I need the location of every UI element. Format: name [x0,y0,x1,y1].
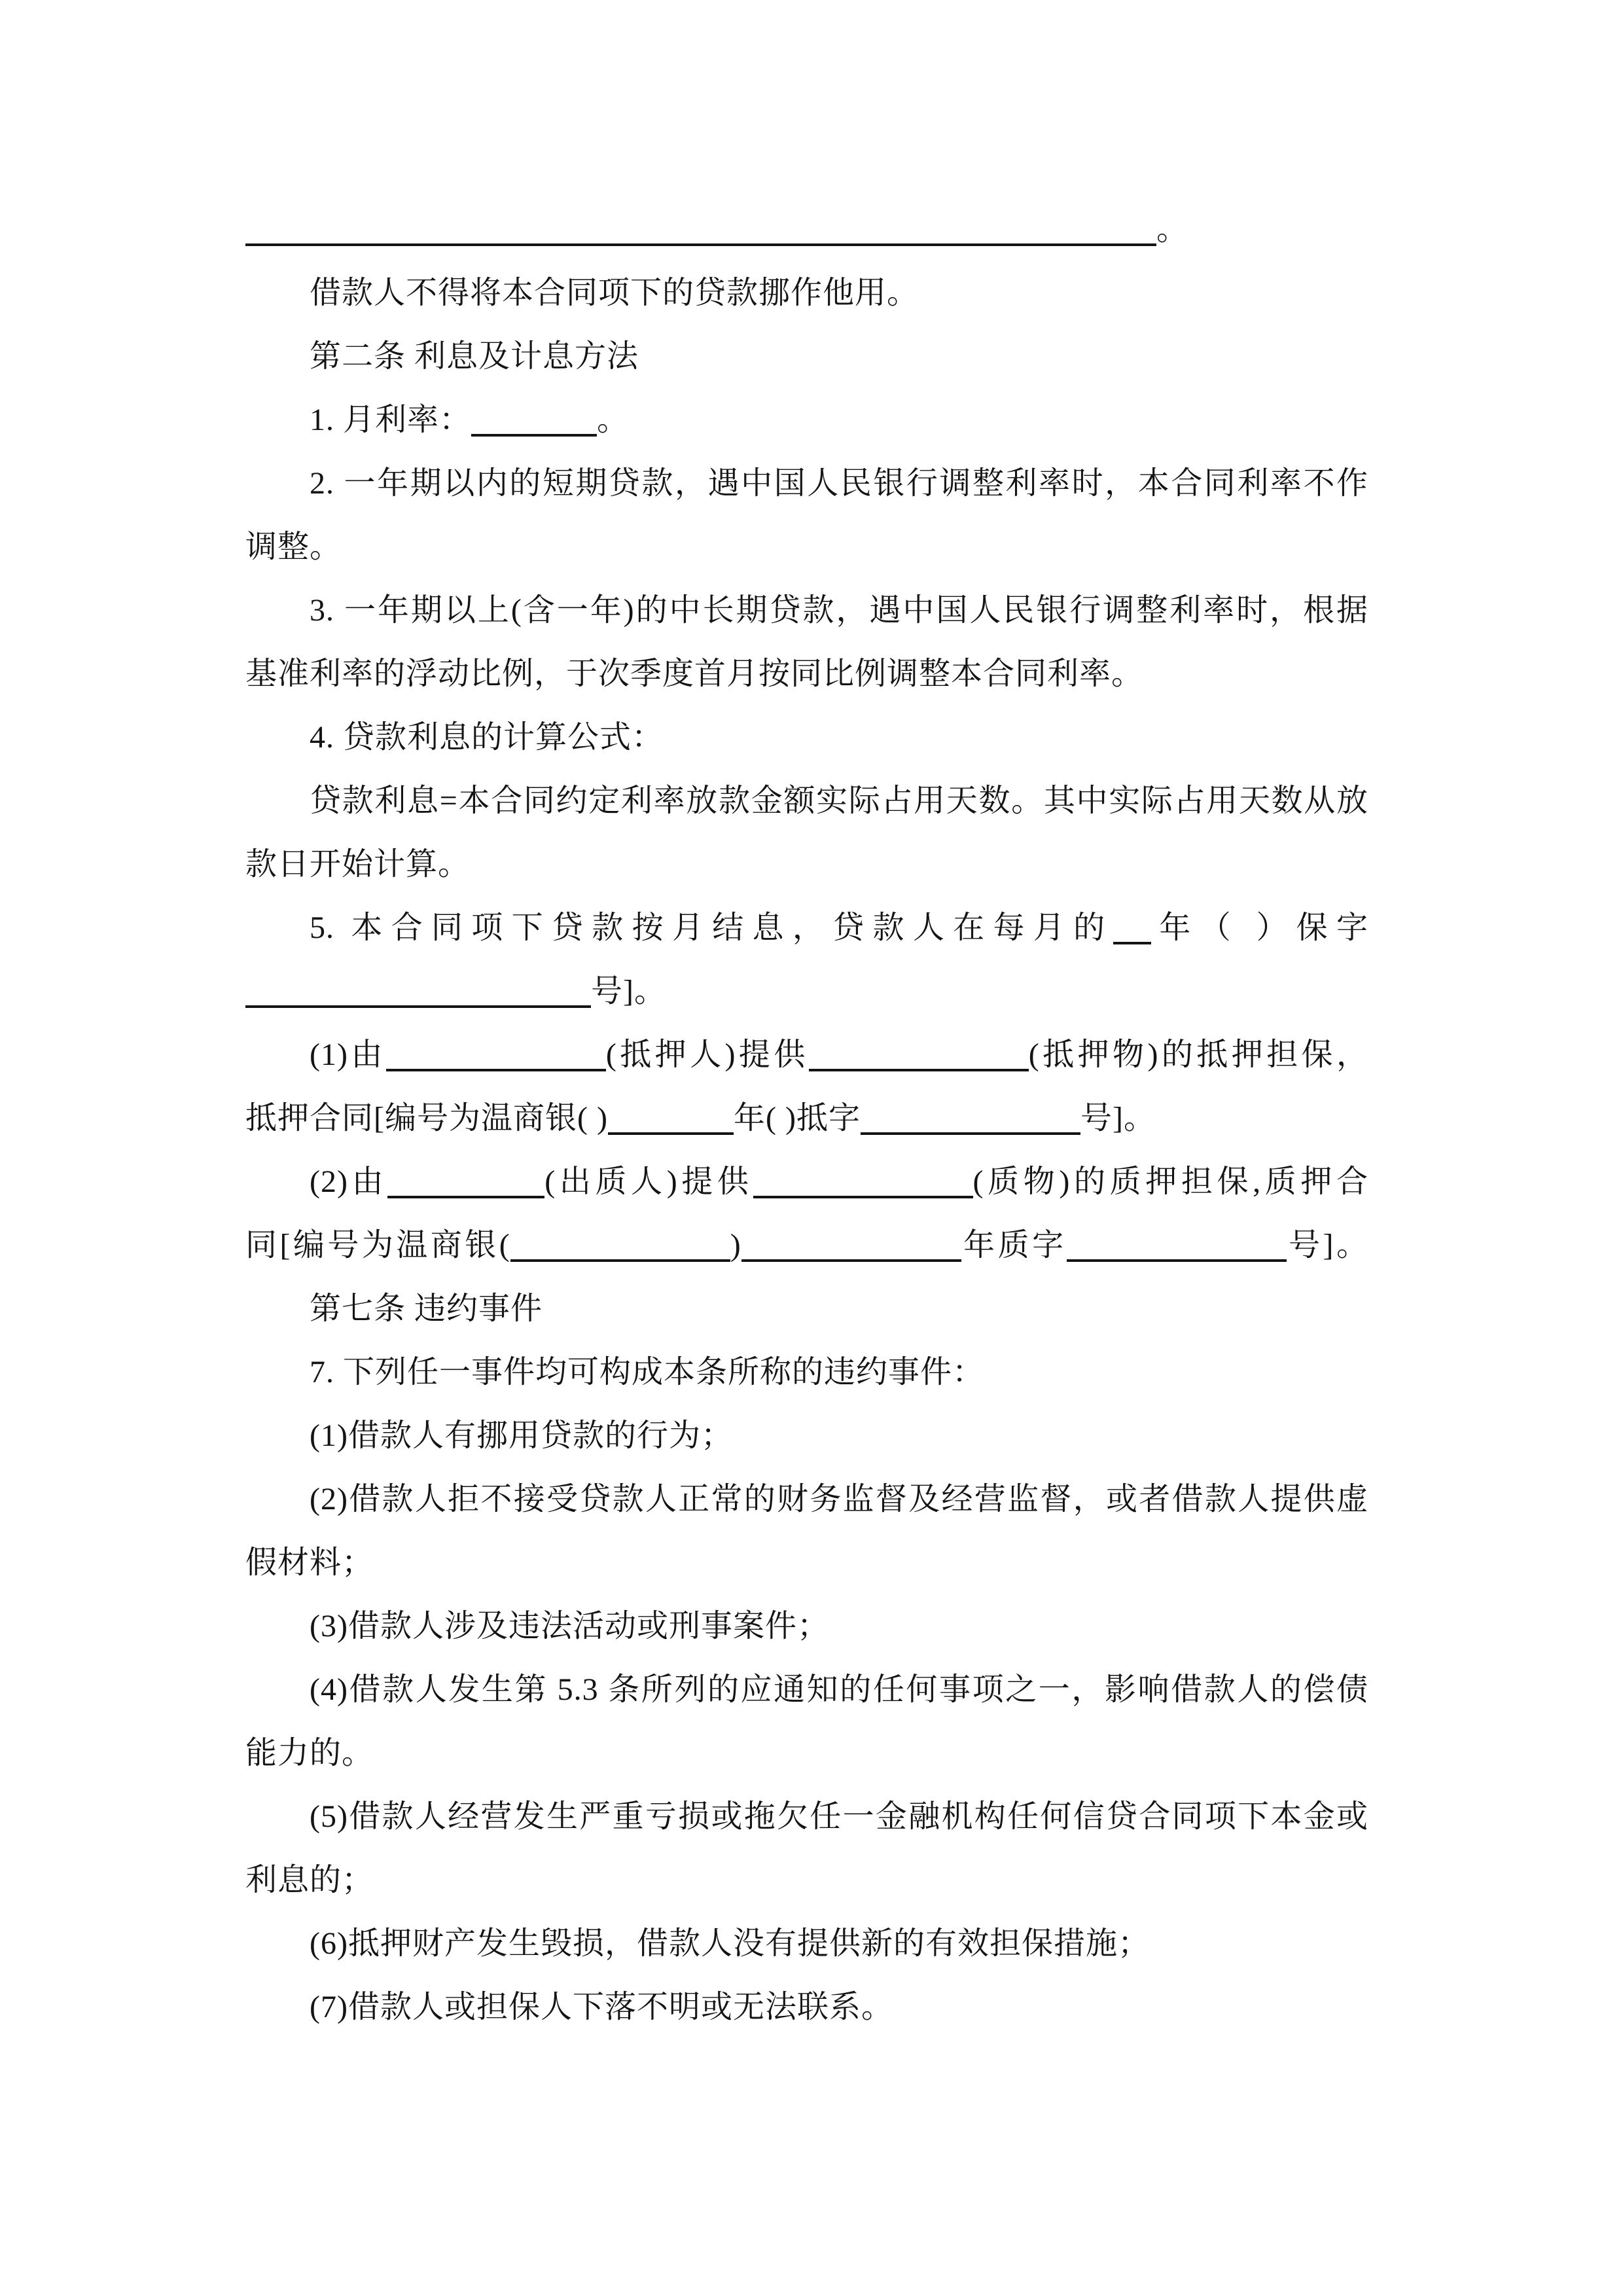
text-run: 1. 月利率： [310,403,471,437]
contract-line: 7. 下列任一事件均可构成本条所称的违约事件： [245,1340,1368,1404]
text-run: (2)借款人拒不接受贷款人正常的财务监督及经营监督，或者借款人提供虚 [310,1482,1368,1516]
text-run: 3. 一年期以上(含一年)的中长期贷款，遇中国人民银行调整利率时，根据 [310,593,1368,628]
text-run: 贷款利息=本合同约定利率放款金额实际占用天数。其中实际占用天数从放 [310,783,1368,818]
contract-line: 假材料； [245,1531,1368,1594]
text-run: 第七条 违约事件 [310,1291,543,1326]
text-run: (4)借款人发生第 5.3 条所列的应通知的任何事项之一，影响借款人的偿债 [310,1672,1368,1707]
fill-in-blank [753,1176,973,1198]
fill-in-blank [608,1113,734,1135]
fill-in-blank [245,986,591,1008]
contract-line: 抵押合同[编号为温商银( )年( )抵字号]。 [245,1086,1368,1150]
text-run: (3)借款人涉及违法活动或刑事案件； [310,1609,829,1643]
contract-line: (4)借款人发生第 5.3 条所列的应通知的任何事项之一，影响借款人的偿债 [245,1658,1368,1721]
fill-in-blank [386,1049,606,1071]
text-run: (2)由 [310,1164,387,1199]
fill-in-blank [861,1113,1080,1135]
contract-line: 基准利率的浮动比例，于次季度首月按同比例调整本合同利率。 [245,642,1368,706]
text-run: (1)借款人有挪用贷款的行为； [310,1418,733,1453]
text-run: 基准利率的浮动比例，于次季度首月按同比例调整本合同利率。 [245,656,1143,691]
text-run: 调整。 [245,529,342,564]
contract-line: (3)借款人涉及违法活动或刑事案件； [245,1594,1368,1658]
contract-line: 第七条 违约事件 [245,1277,1368,1340]
fill-in-blank [809,1049,1029,1071]
contract-line: (1)由(抵押人)提供(抵押物)的抵押担保， [245,1023,1368,1086]
text-run: 2. 一年期以内的短期贷款，遇中国人民银行调整利率时，本合同利率不作 [310,466,1368,501]
text-run: 借款人不得将本合同项下的贷款挪作他用。 [310,276,919,310]
document-page: 。借款人不得将本合同项下的贷款挪作他用。第二条 利息及计息方法1. 月利率：。2… [0,0,1623,2296]
text-run: 年（ ）保字 [1151,910,1368,945]
text-run: 利息的； [245,1863,374,1897]
text-run: (出质人)提供 [544,1164,753,1199]
text-run: (6)抵押财产发生毁损，借款人没有提供新的有效担保措施； [310,1926,1150,1961]
contract-line: 贷款利息=本合同约定利率放款金额实际占用天数。其中实际占用天数从放 [245,769,1368,833]
contract-line: (2)由(出质人)提供(质物)的质押担保,质押合 [245,1150,1368,1213]
contract-line: 2. 一年期以内的短期贷款，遇中国人民银行调整利率时，本合同利率不作 [245,452,1368,515]
text-run: (抵押人)提供 [606,1037,809,1072]
fill-in-blank [1113,922,1151,944]
text-run: 能力的。 [245,1736,374,1770]
contract-line: 。 [245,198,1368,261]
contract-line: 1. 月利率：。 [245,388,1368,452]
contract-line: 同[编号为温商银()年质字号]。 [245,1213,1368,1277]
text-run: 假材料； [245,1545,374,1580]
contract-line: 4. 贷款利息的计算公式： [245,706,1368,769]
contract-line: (1)借款人有挪用贷款的行为； [245,1404,1368,1467]
text-run: 款日开始计算。 [245,847,470,882]
text-run: (7)借款人或担保人下落不明或无法联系。 [310,1990,893,2024]
contract-line: (6)抵押财产发生毁损，借款人没有提供新的有效担保措施； [245,1912,1368,1975]
contract-line: 3. 一年期以上(含一年)的中长期贷款，遇中国人民银行调整利率时，根据 [245,579,1368,642]
text-run: (质物)的质押担保,质押合 [973,1164,1368,1199]
text-run: 4. 贷款利息的计算公式： [310,720,664,755]
text-run: 号]。 [1080,1101,1156,1136]
contract-line: 款日开始计算。 [245,833,1368,896]
text-run: 年( )抵字 [734,1101,861,1136]
fill-in-blank [471,414,597,437]
fill-in-blank [510,1240,730,1262]
text-run: 5. 本合同项下贷款按月结息，贷款人在每月的 [310,910,1113,945]
contract-line: 第二条 利息及计息方法 [245,325,1368,388]
text-run: 号]。 [591,974,666,1009]
fill-in-blank [741,1240,961,1262]
text-run: 年质字 [961,1228,1067,1263]
text-run: (5)借款人经营发生严重亏损或拖欠任一金融机构任何信贷合同项下本金或 [310,1799,1368,1834]
text-run: 抵押合同[编号为温商银( ) [245,1101,608,1136]
fill-in-blank [245,224,1156,246]
text-run: 第二条 利息及计息方法 [310,339,639,374]
text-run: (1)由 [310,1037,386,1072]
contract-line: 调整。 [245,515,1368,579]
contract-text-block: 。借款人不得将本合同项下的贷款挪作他用。第二条 利息及计息方法1. 月利率：。2… [245,198,1368,2039]
contract-line: 5. 本合同项下贷款按月结息，贷款人在每月的年（ ）保字 [245,896,1368,960]
contract-line: 利息的； [245,1848,1368,1912]
contract-line: (2)借款人拒不接受贷款人正常的财务监督及经营监督，或者借款人提供虚 [245,1467,1368,1531]
text-run: 号]。 [1287,1228,1368,1263]
text-run: 7. 下列任一事件均可构成本条所称的违约事件： [310,1355,984,1390]
contract-line: (7)借款人或担保人下落不明或无法联系。 [245,1975,1368,2039]
text-run: (抵押物)的抵押担保， [1029,1037,1368,1072]
contract-line: 能力的。 [245,1721,1368,1785]
contract-line: 借款人不得将本合同项下的贷款挪作他用。 [245,261,1368,325]
contract-line: 号]。 [245,960,1368,1023]
fill-in-blank [1067,1240,1287,1262]
fill-in-blank [387,1176,544,1198]
text-run: 。 [597,403,629,437]
text-run: 同[编号为温商银( [245,1228,510,1263]
contract-line: (5)借款人经营发生严重亏损或拖欠任一金融机构任何信贷合同项下本金或 [245,1785,1368,1848]
text-run: ) [730,1228,741,1263]
text-run: 。 [1156,212,1188,247]
